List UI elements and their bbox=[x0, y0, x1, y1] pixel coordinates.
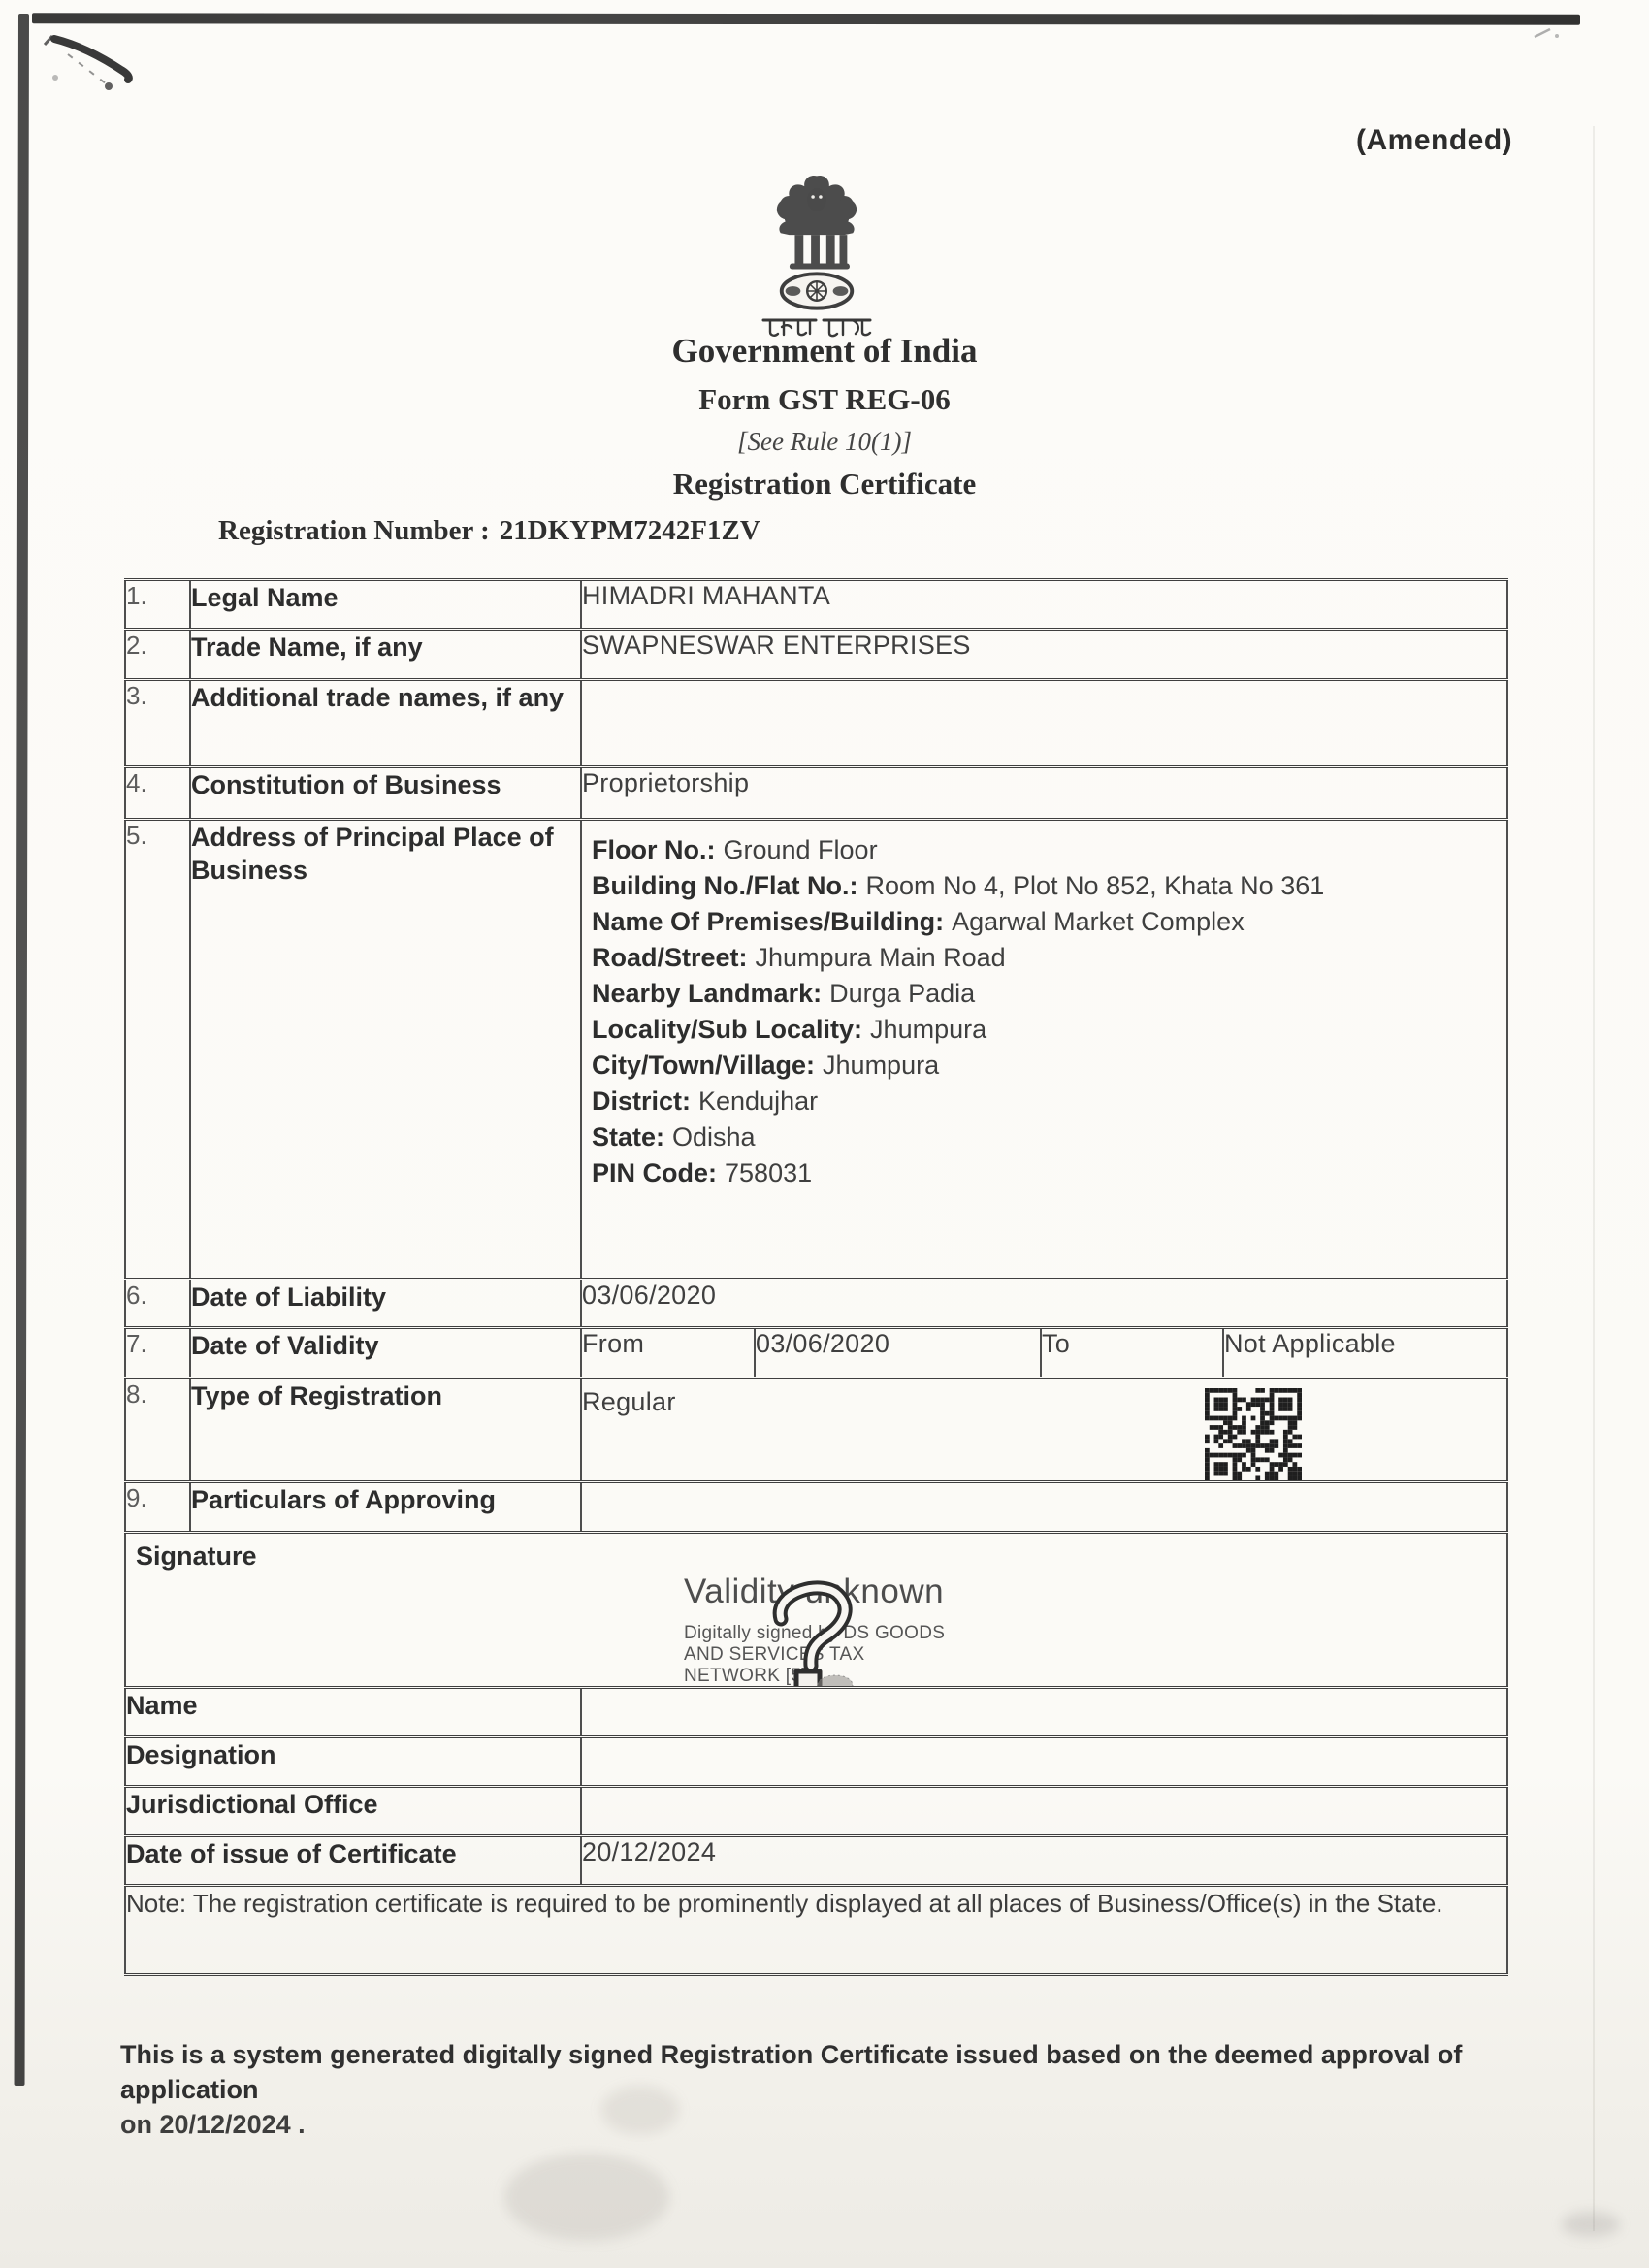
government-of-india-title: Government of India bbox=[0, 332, 1649, 371]
pencil-speck-artifact bbox=[1533, 25, 1566, 43]
registration-number-line: Registration Number :21DKYPM7242F1ZV bbox=[218, 515, 760, 547]
amended-tag: (Amended) bbox=[1356, 124, 1512, 157]
row-number: 7. bbox=[125, 1328, 190, 1378]
row-label: Additional trade names, if any bbox=[190, 680, 581, 767]
row-value bbox=[581, 1482, 1507, 1533]
address-line: Nearby Landmark:Durga Padia bbox=[592, 976, 1499, 1012]
row-label: Constitution of Business bbox=[190, 767, 581, 820]
row-value bbox=[581, 680, 1507, 767]
registration-number-value: 21DKYPM7242F1ZV bbox=[500, 515, 760, 546]
table-row: Date of issue of Certificate 20/12/2024 bbox=[125, 1836, 1507, 1886]
system-generated-note: This is a system generated digitally sig… bbox=[120, 2037, 1556, 2142]
pen-scribble-artifact bbox=[39, 27, 175, 114]
row-label: Name bbox=[125, 1688, 581, 1737]
validity-question-mark-icon bbox=[761, 1578, 878, 1688]
signature-cell: Signature Validity unknown Digitally sig… bbox=[125, 1533, 1507, 1688]
validity-from-label: From bbox=[581, 1328, 755, 1378]
certificate-table: 1. Legal Name HIMADRI MAHANTA 2. Trade N… bbox=[124, 578, 1506, 1976]
row-value bbox=[581, 1737, 1507, 1787]
table-row: 6. Date of Liability 03/06/2020 bbox=[125, 1280, 1507, 1328]
row-label: Jurisdictional Office bbox=[125, 1787, 581, 1836]
row-number: 4. bbox=[125, 767, 190, 820]
form-title: Form GST REG-06 bbox=[0, 382, 1649, 417]
row-label: Address of Principal Place of Business bbox=[190, 820, 581, 1280]
row-value: HIMADRI MAHANTA bbox=[581, 580, 1507, 630]
row-number: 9. bbox=[125, 1482, 190, 1533]
row-value: SWAPNESWAR ENTERPRISES bbox=[581, 630, 1507, 680]
scan-smudge bbox=[504, 2154, 669, 2241]
lion-capital-icon bbox=[769, 171, 864, 314]
address-line: Building No./Flat No.:Room No 4, Plot No… bbox=[592, 868, 1499, 904]
system-generated-note-line1: This is a system generated digitally sig… bbox=[120, 2037, 1556, 2107]
address-line: PIN Code:758031 bbox=[592, 1155, 1499, 1191]
signature-label: Signature bbox=[136, 1541, 257, 1571]
note-text: Note: The registration certificate is re… bbox=[125, 1886, 1507, 1975]
row-value: 03/06/2020 bbox=[581, 1280, 1507, 1328]
table-row: Name bbox=[125, 1688, 1507, 1737]
system-generated-note-line2: on 20/12/2024 . bbox=[120, 2107, 1556, 2142]
address-cell: Floor No.:Ground Floor Building No./Flat… bbox=[581, 820, 1507, 1280]
address-line: Floor No.:Ground Floor bbox=[592, 832, 1499, 868]
row-label: Trade Name, if any bbox=[190, 630, 581, 680]
address-line: Name Of Premises/Building:Agarwal Market… bbox=[592, 904, 1499, 940]
table-row: 4. Constitution of Business Proprietorsh… bbox=[125, 767, 1507, 820]
signature-row: Signature Validity unknown Digitally sig… bbox=[125, 1533, 1507, 1688]
table-row-registration-type: 8. Type of Registration Regular bbox=[125, 1378, 1507, 1482]
scan-smudge bbox=[1562, 2212, 1620, 2237]
row-number: 3. bbox=[125, 680, 190, 767]
row-value: Proprietorship bbox=[581, 767, 1507, 820]
row-label: Date of Validity bbox=[190, 1328, 581, 1378]
table-row: Jurisdictional Office bbox=[125, 1787, 1507, 1836]
row-number: 8. bbox=[125, 1378, 190, 1482]
row-number: 1. bbox=[125, 580, 190, 630]
emblem-of-india bbox=[0, 171, 1633, 344]
photocopy-top-border bbox=[32, 13, 1580, 24]
validity-from-value: 03/06/2020 bbox=[755, 1328, 1041, 1378]
row-value: Regular bbox=[582, 1379, 676, 1417]
address-line: District:Kendujhar bbox=[592, 1084, 1499, 1119]
table-row: 1. Legal Name HIMADRI MAHANTA bbox=[125, 580, 1507, 630]
registration-number-label: Registration Number : bbox=[218, 515, 490, 546]
table-row-address: 5. Address of Principal Place of Busines… bbox=[125, 820, 1507, 1280]
row-label: Type of Registration bbox=[190, 1378, 581, 1482]
validity-to-value: Not Applicable bbox=[1223, 1328, 1507, 1378]
row-value: 20/12/2024 bbox=[581, 1836, 1507, 1886]
address-line: State:Odisha bbox=[592, 1119, 1499, 1155]
rule-reference: [See Rule 10(1)] bbox=[0, 427, 1649, 457]
address-line: Locality/Sub Locality:Jhumpura bbox=[592, 1012, 1499, 1048]
row-label: Date of issue of Certificate bbox=[125, 1836, 581, 1886]
address-line: Road/Street:Jhumpura Main Road bbox=[592, 940, 1499, 976]
address-line: City/Town/Village:Jhumpura bbox=[592, 1048, 1499, 1084]
row-number: 5. bbox=[125, 820, 190, 1280]
validity-to-label: To bbox=[1041, 1328, 1223, 1378]
row-number: 2. bbox=[125, 630, 190, 680]
row-label: Designation bbox=[125, 1737, 581, 1787]
note-row: Note: The registration certificate is re… bbox=[125, 1886, 1507, 1975]
row-value bbox=[581, 1787, 1507, 1836]
certificate-title: Registration Certificate bbox=[0, 467, 1649, 502]
table-row-validity: 7. Date of Validity From 03/06/2020 To N… bbox=[125, 1328, 1507, 1378]
table-row: 9. Particulars of Approving bbox=[125, 1482, 1507, 1533]
row-value bbox=[581, 1688, 1507, 1737]
row-label: Particulars of Approving bbox=[190, 1482, 581, 1533]
qr-code bbox=[1205, 1388, 1302, 1482]
row-label: Legal Name bbox=[190, 580, 581, 630]
table-row: Designation bbox=[125, 1737, 1507, 1787]
row-label: Date of Liability bbox=[190, 1280, 581, 1328]
scanned-certificate-page: (Amended) bbox=[0, 0, 1649, 2268]
row-number: 6. bbox=[125, 1280, 190, 1328]
table-row: 3. Additional trade names, if any bbox=[125, 680, 1507, 767]
table-row: 2. Trade Name, if any SWAPNESWAR ENTERPR… bbox=[125, 630, 1507, 680]
registration-type-cell: Regular bbox=[581, 1378, 1507, 1482]
